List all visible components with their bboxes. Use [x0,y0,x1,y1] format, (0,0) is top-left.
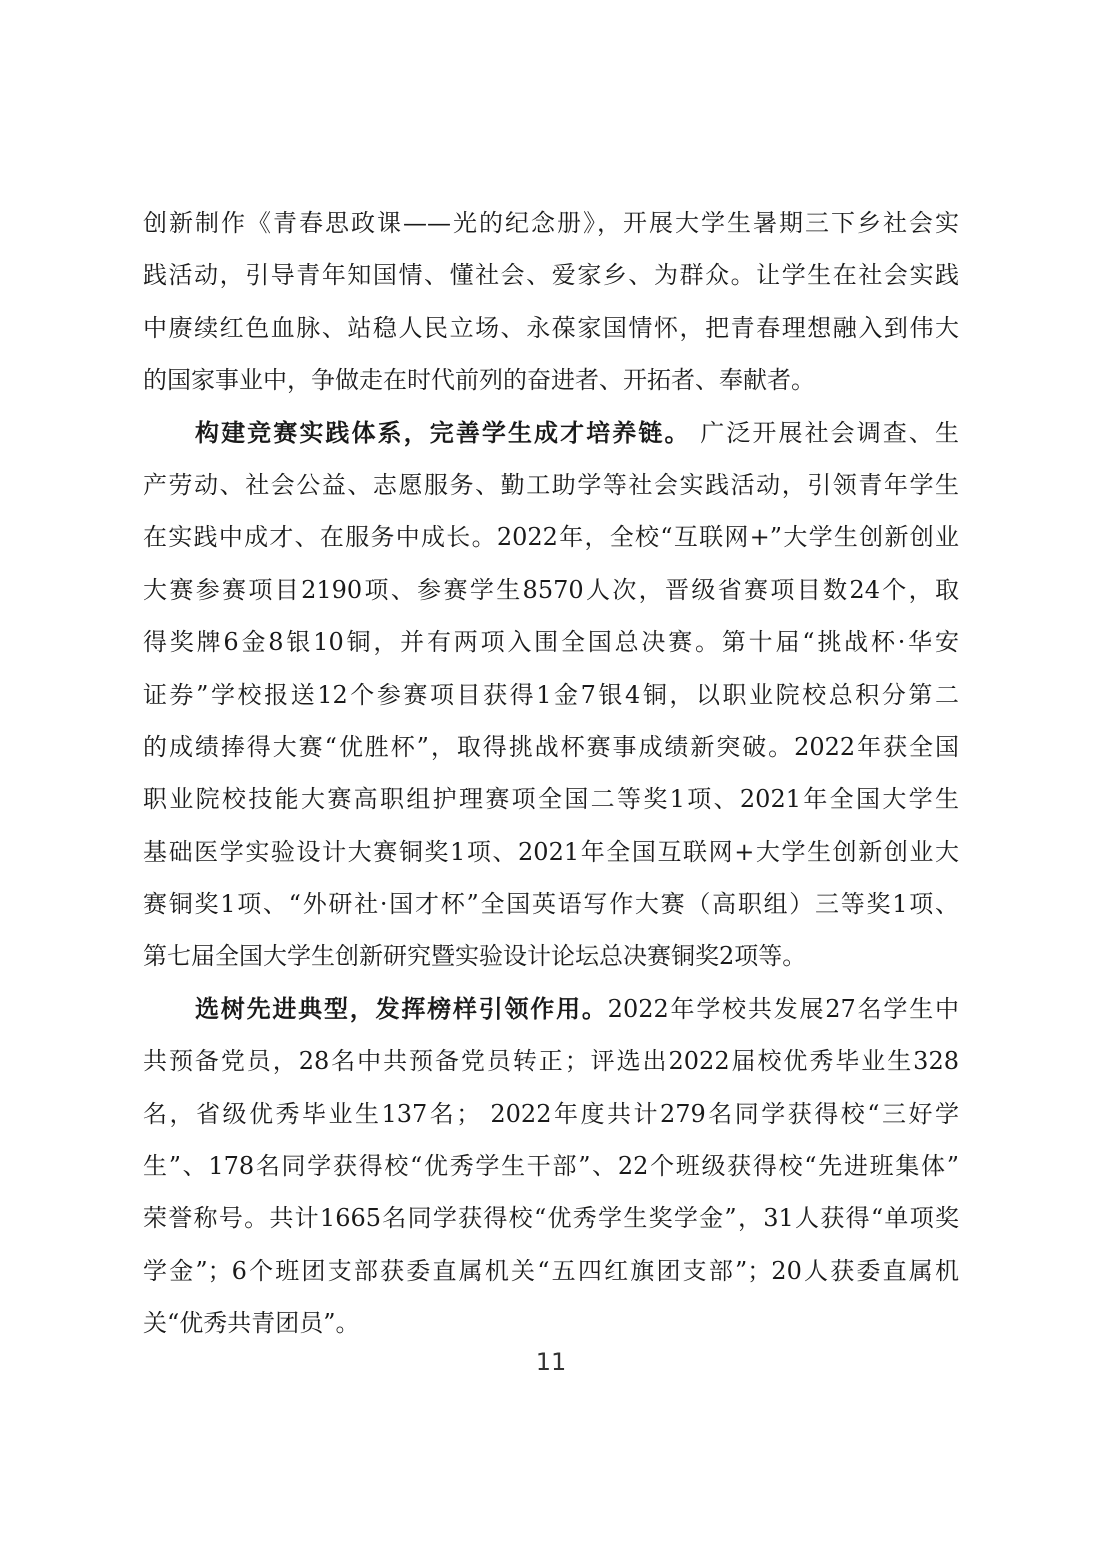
text-line: 证券”学校报送12个参赛项目获得1金7银4铜，以职业院校总积分第二 [143,675,959,727]
text-line: 共预备党员，28名中共预备党员转正；评选出2022届校优秀毕业生328 [143,1041,959,1093]
paragraph-heading: 选树先进典型，发挥榜样引领作用。 [195,994,608,1023]
text-line: 的国家事业中，争做走在时代前列的奋进者、开拓者、奉献者。 [143,360,959,412]
text-line: 职业院校技能大赛高职组护理赛项全国二等奖1项、2021年全国大学生 [143,779,959,831]
text-line: 产劳动、社会公益、志愿服务、勤工助学等社会实践活动，引领青年学生 [143,465,959,517]
text-line-first: 选树先进典型，发挥榜样引领作用。2022年学校共发展27名学生中 [143,989,959,1041]
text-line: 的成绩捧得大赛“优胜杯”，取得挑战杯赛事成绩新突破。2022年获全国 [143,727,959,779]
text-line: 名，省级优秀毕业生137名； 2022年度共计279名同学获得校“三好学 [143,1094,959,1146]
text-line: 荣誉称号。共计1665名同学获得校“优秀学生奖学金”，31人获得“单项奖 [143,1198,959,1250]
text-line: 基础医学实验设计大赛铜奖1项、2021年全国互联网+大学生创新创业大 [143,832,959,884]
text-line-first: 构建竞赛实践体系，完善学生成才培养链。 广泛开展社会调查、生 [143,413,959,465]
text-line: 创新制作《青春思政课——光的纪念册》，开展大学生暑期三下乡社会实 [143,203,959,255]
text-line: 大赛参赛项目2190项、参赛学生8570人次，晋级省赛项目数24个，取 [143,570,959,622]
paragraph-role-models: 选树先进典型，发挥榜样引领作用。2022年学校共发展27名学生中 共预备党员，2… [143,989,959,1356]
paragraph-text: 广泛开展社会调查、生 [700,419,959,447]
text-line: 生”、178名同学获得校“优秀学生干部”、22个班级获得校“先进班集体” [143,1146,959,1198]
text-line: 得奖牌6金8银10铜，并有两项入围全国总决赛。第十届“挑战杯·华安 [143,622,959,674]
paragraph-text: 2022年学校共发展27名学生中 [608,995,959,1023]
paragraph-social-practice: 创新制作《青春思政课——光的纪念册》，开展大学生暑期三下乡社会实 践活动，引导青… [143,203,959,413]
text-line: 中赓续红色血脉、站稳人民立场、永葆家国情怀，把青春理想融入到伟大 [143,308,959,360]
text-line: 学金”；6个班团支部获委直属机关“五四红旗团支部”；20人获委直属机 [143,1251,959,1303]
text-line: 赛铜奖1项、“外研社·国才杯”全国英语写作大赛（高职组）三等奖1项、 [143,884,959,936]
text-line: 第七届全国大学生创新研究暨实验设计论坛总决赛铜奖2项等。 [143,936,959,988]
document-page: 创新制作《青春思政课——光的纪念册》，开展大学生暑期三下乡社会实 践活动，引导青… [143,203,959,1356]
paragraph-competition-system: 构建竞赛实践体系，完善学生成才培养链。 广泛开展社会调查、生 产劳动、社会公益、… [143,413,959,989]
page-number: 11 [0,1348,1102,1376]
paragraph-heading: 构建竞赛实践体系，完善学生成才培养链。 [195,418,691,447]
text-line: 践活动，引导青年知国情、懂社会、爱家乡、为群众。让学生在社会实践 [143,255,959,307]
text-line: 在实践中成才、在服务中成长。2022年，全校“互联网+”大学生创新创业 [143,517,959,569]
